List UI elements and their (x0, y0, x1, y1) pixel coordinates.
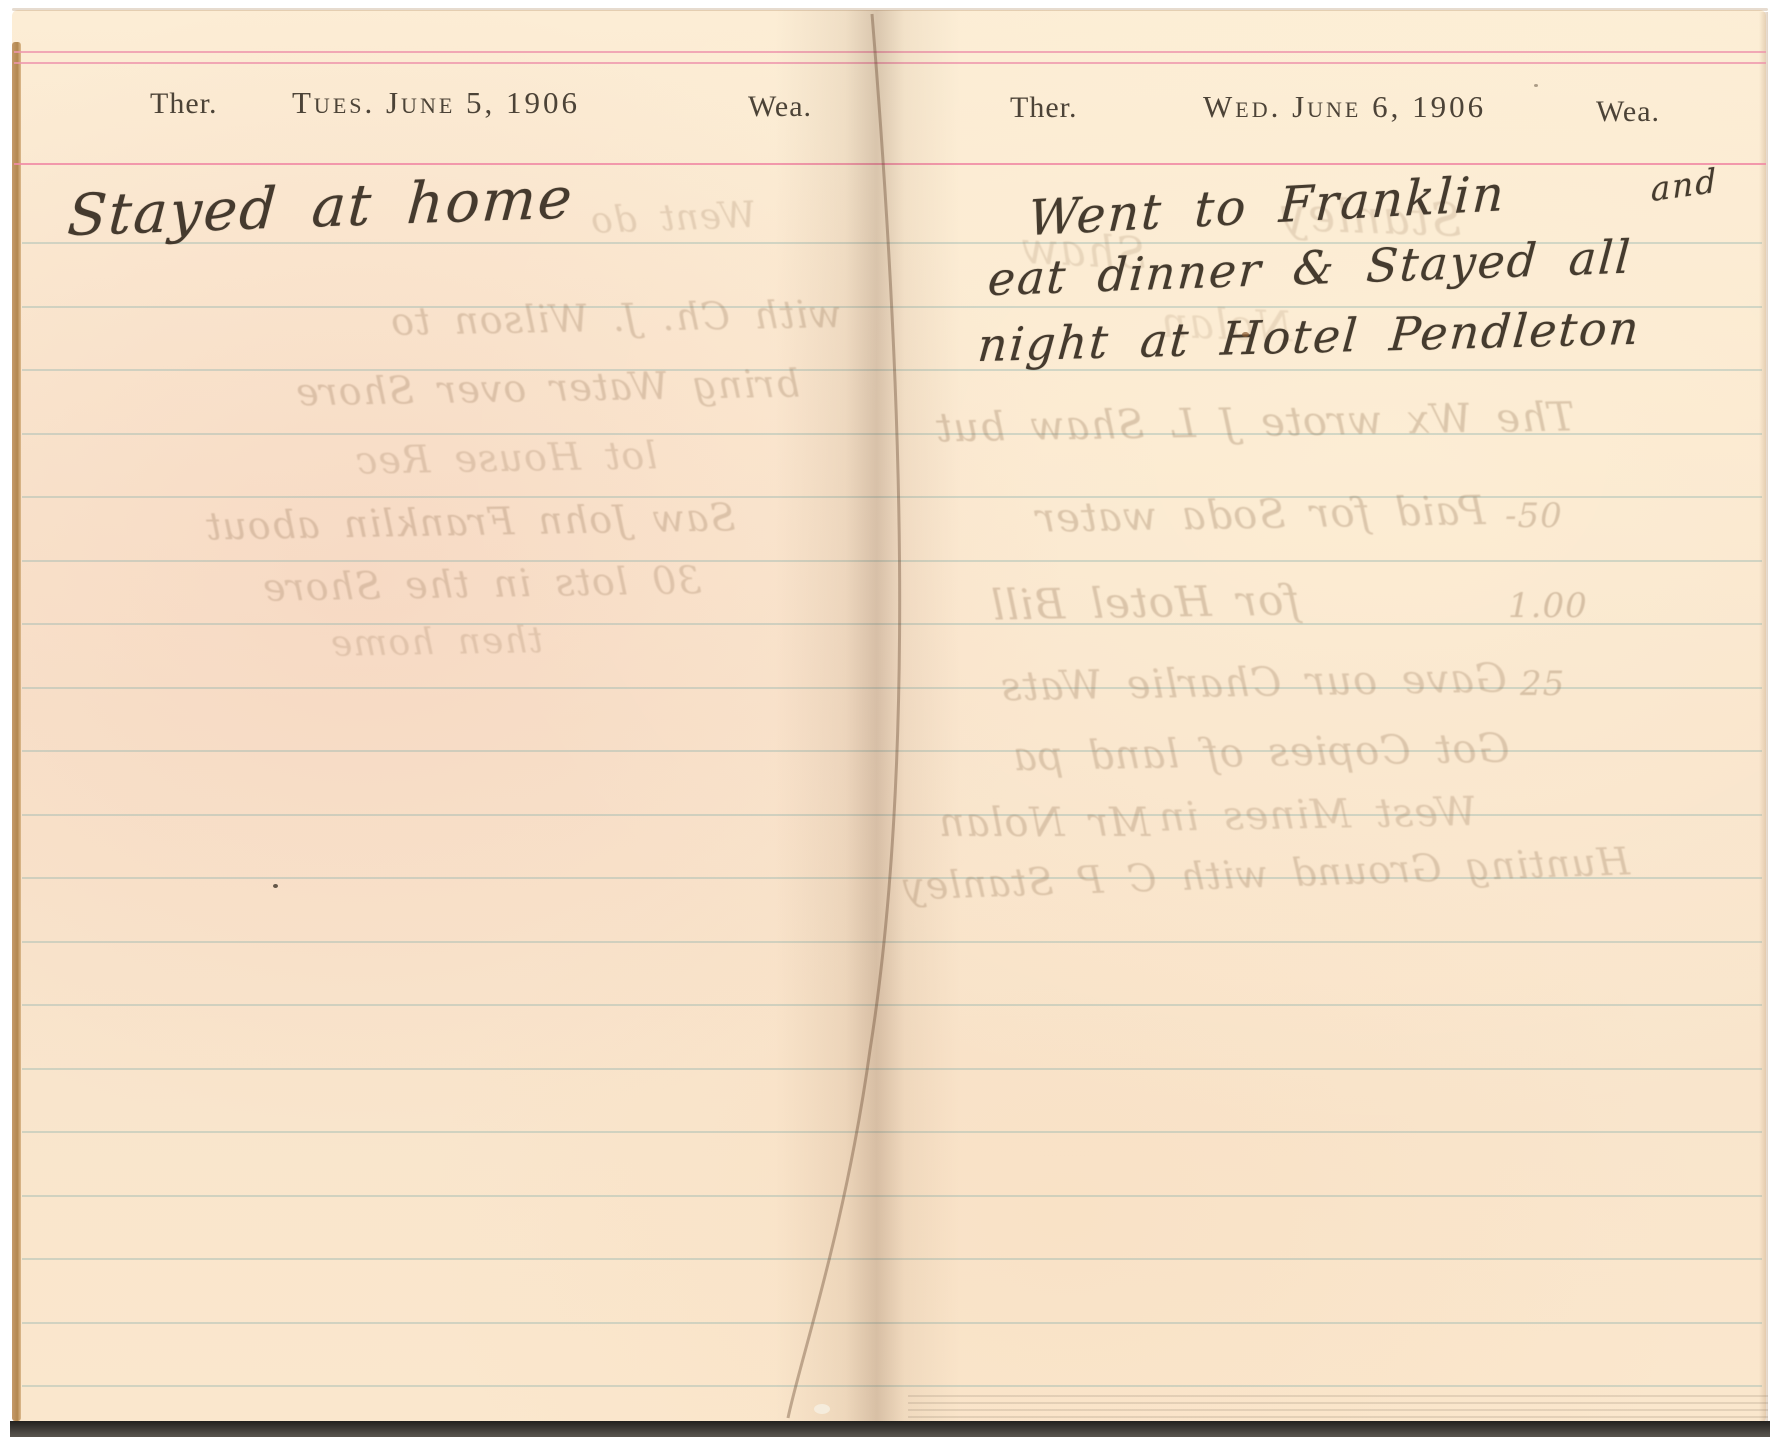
page-gutter-shadow (775, 10, 960, 1421)
book-bottom-edge (10, 1421, 1770, 1437)
page-edge-streaks (908, 1395, 1768, 1421)
diary-scan: Ther. Tues. June 5, 1906 Wea. Went dowit… (0, 0, 1778, 1443)
book-left-edge (12, 42, 21, 1421)
page-right-edge (1759, 12, 1768, 1421)
